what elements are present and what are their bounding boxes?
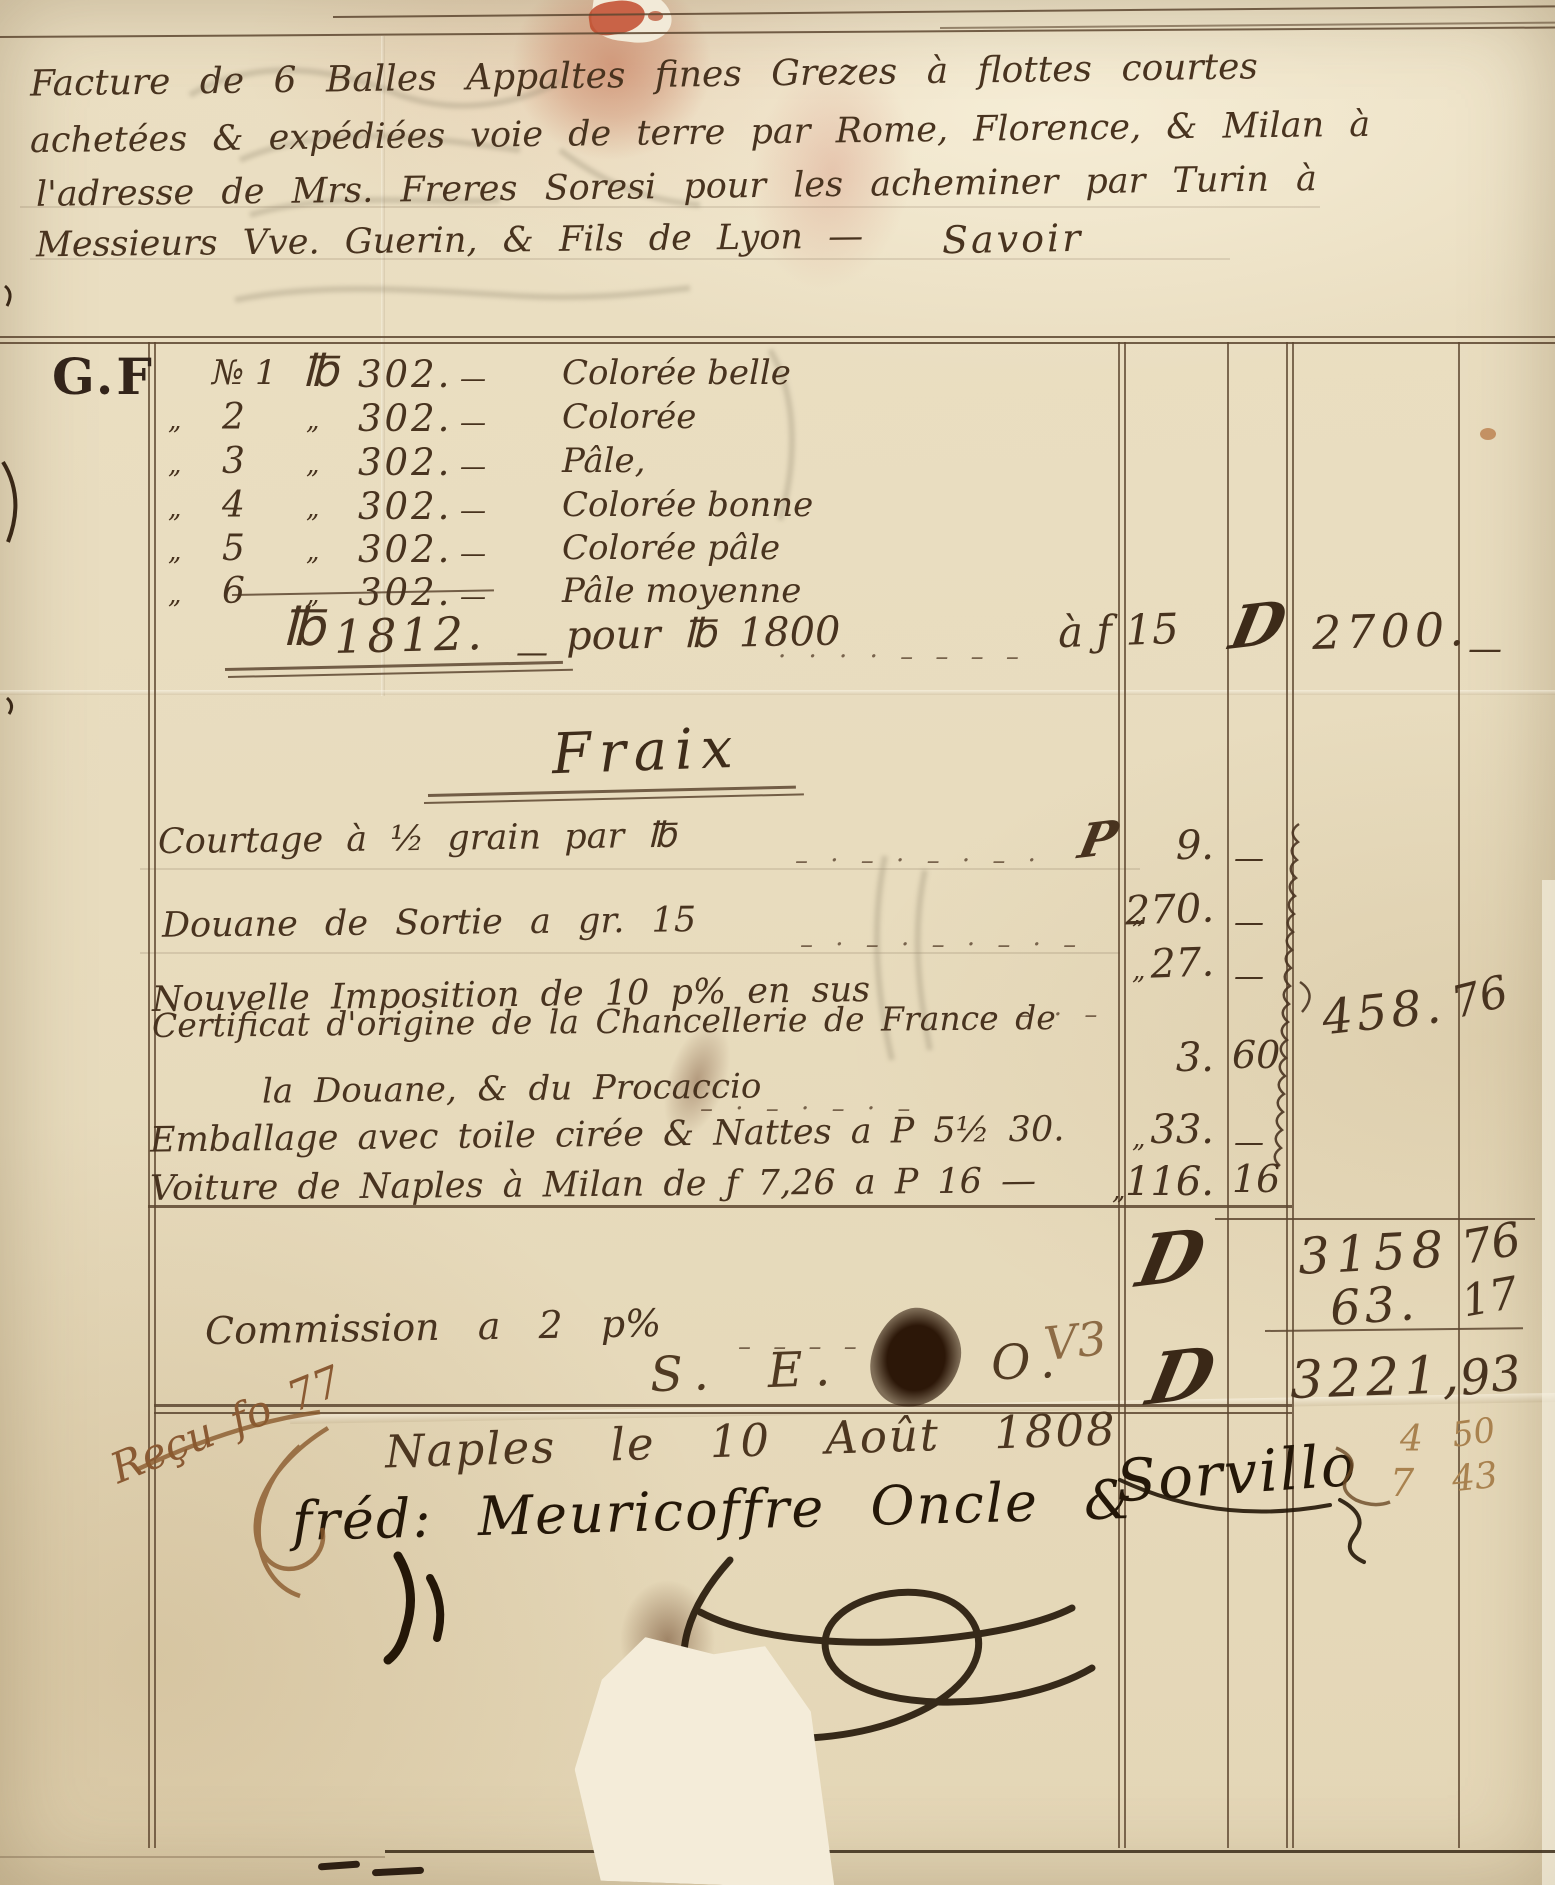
item-description: Colorée pâle (562, 531, 780, 565)
signature-surname: Sorvillo (1114, 1436, 1359, 1511)
bottom-edge-rule-faint (0, 1856, 385, 1858)
header-line-1: Facture de 6 Balles Appaltes fines Greze… (30, 49, 1258, 102)
expense-amount: 270. (1121, 888, 1214, 931)
expense-description: Voiture de Naples à Milan de ƒ 7,26 a P … (150, 1164, 1036, 1207)
item-number: № 1 (212, 356, 277, 390)
expense-leader: – · – · – · – · – (800, 932, 1083, 958)
currency-symbol: P (1075, 814, 1122, 866)
item-unit: ℔ (302, 350, 338, 394)
fraix-section-title: Fraix (551, 721, 741, 784)
item-ditto: „ (168, 408, 181, 434)
bottom-ink-dashes (372, 1867, 424, 1877)
grand-total-cents: 93 (1458, 1349, 1524, 1403)
expenses-subtotal-amount: 458. (1320, 982, 1447, 1043)
expense-cents: — (1234, 844, 1264, 874)
item-unit: „ (306, 408, 319, 434)
expense-description: Douane de Sortie a gr. 15 (162, 903, 696, 944)
item-weight: 302. (358, 488, 452, 525)
item-ditto: „ (168, 539, 181, 565)
cents-col-rule (1227, 342, 1229, 1848)
commission-cents: 17 (1459, 1271, 1522, 1324)
margin-rule-a (148, 342, 150, 1848)
total-cents-col-rule (1458, 342, 1460, 1848)
header-line-4: Messieurs Vve. Guerin, & Fils de Lyon — (36, 220, 863, 264)
item-description: Colorée belle (562, 356, 791, 390)
expense-description-2: la Douane, & du Procaccio (262, 1069, 762, 1108)
item-row: „ 4 „ 302. — Colorée bonne (160, 488, 1060, 532)
item-weight: 302. (358, 400, 452, 437)
expense-amount: 116. (1122, 1162, 1214, 1202)
item-ditto: „ (168, 496, 181, 522)
horizontal-fold-crease (0, 690, 1555, 695)
item-row: № 1 ℔ 302. — Colorée belle (160, 356, 1060, 400)
expense-cents: — (1234, 1128, 1264, 1158)
expenses-subtotal-cents: 76 (1448, 970, 1513, 1026)
bottom-paper-tear (571, 1635, 879, 1885)
item-number: 3 (222, 444, 245, 480)
expense-cents: 60 (1232, 1036, 1280, 1074)
expense-amount: 9. (1122, 826, 1214, 866)
subtotal-amount: 3158 (1297, 1224, 1451, 1282)
top-rule-a (333, 5, 1555, 18)
grand-total-rule-b (154, 1412, 1292, 1414)
item-weight: 302. (358, 531, 452, 568)
item-description: Pâle moyenne (562, 574, 801, 608)
bottom-ink-dashes (318, 1861, 360, 1871)
item-number: 5 (222, 531, 245, 567)
expense-amount: 3. (1122, 1038, 1214, 1078)
total-col-rule-b (1292, 342, 1294, 1848)
paper-edge-light (1542, 880, 1555, 1885)
header-savoir-label: Savoir (942, 219, 1084, 259)
pencil-note-amount: 7 (1390, 1464, 1414, 1502)
dateline: Naples le 10 Août 1808 (384, 1407, 1117, 1475)
table-header-rule-b (0, 342, 1555, 344)
expense-description: Emballage avec toile cirée & Nattes a P … (150, 1112, 1065, 1158)
items-total-end-dash: — (1468, 632, 1502, 666)
item-unit: „ (306, 496, 319, 522)
commission-amount: 63. (1328, 1279, 1419, 1333)
pencil-note-amount: 4 (1400, 1422, 1423, 1458)
items-total-unit: ℔ (282, 602, 325, 654)
table-header-rule-a (0, 336, 1555, 338)
commission-label: Commission a 2 p% (205, 1304, 662, 1350)
check-mark-note: V3 (1042, 1315, 1109, 1367)
total-col-rule-a (1286, 342, 1288, 1848)
item-weight-dash: — (460, 498, 486, 524)
rust-freckle (1480, 428, 1496, 440)
item-weight-dash: — (460, 410, 486, 436)
pencil-note-cents: 43 (1450, 1458, 1499, 1499)
item-unit: „ (306, 539, 319, 565)
items-total-dash: — (516, 636, 548, 668)
item-row: „ 2 „ 302. — Colorée (160, 400, 1060, 444)
merchandise-mark: G.F (52, 352, 155, 402)
item-number: 6 (222, 574, 245, 610)
expense-cents: — (1234, 962, 1264, 992)
margin-rule-b (154, 342, 156, 1848)
page-edge-marks (3, 286, 15, 714)
item-weight-dash: — (460, 541, 486, 567)
top-rule-b (0, 27, 1555, 38)
item-number: 2 (222, 400, 245, 436)
ink-comma-strokes (388, 1556, 440, 1660)
brown-smudge-signature (620, 1580, 715, 1700)
item-ditto: „ (168, 582, 181, 608)
items-total-rate: à ƒ 15 (1057, 608, 1179, 654)
currency-symbol: D (1225, 593, 1291, 659)
subtotal-cents: 76 (1458, 1215, 1524, 1270)
amount-col-rule-b (1124, 342, 1126, 1848)
items-total-weight: 1812. (333, 610, 486, 660)
item-description: Colorée (562, 400, 696, 434)
expense-amount: 33. (1122, 1110, 1214, 1150)
received-annotation: Reçu fo 77 (105, 1360, 347, 1490)
item-ditto: „ (168, 452, 181, 478)
item-row: „ 5 „ 302. — Colorée pâle (160, 531, 1060, 575)
items-total-leader: · · · · – – – – (778, 644, 1026, 670)
expense-description: Certificat d'origine de la Chancellerie … (152, 1001, 1056, 1042)
item-weight-dash: — (460, 366, 486, 392)
amount-col-rule-a (1118, 342, 1120, 1848)
signature: fréd: Meuricoffre Oncle & (291, 1473, 1134, 1549)
item-number: 4 (222, 488, 245, 524)
pencil-note-cents: 50 (1450, 1413, 1498, 1453)
item-weight: 302. (358, 574, 452, 611)
expense-leader: – · – · – · – · (795, 848, 1043, 874)
header-line-2: achetées & expédiées voie de terre par R… (30, 108, 1370, 159)
item-description: Colorée bonne (562, 488, 813, 522)
invoice-document: Facture de 6 Balles Appaltes fines Greze… (0, 0, 1555, 1885)
paper-tear-notch (589, 0, 675, 47)
grand-total-amount: 3221, (1289, 1349, 1465, 1407)
expense-cents: — (1234, 908, 1264, 938)
expense-description: Courtage à ½ grain par ℔ (158, 819, 676, 860)
items-total-value: 2700. (1311, 606, 1469, 656)
item-unit: „ (306, 452, 319, 478)
item-row: „ 3 „ 302. — Pâle, (160, 444, 1060, 488)
expense-cents: 16 (1232, 1160, 1280, 1198)
item-weight-dash: — (460, 454, 486, 480)
item-weight: 302. (358, 444, 452, 481)
item-weight: 302. (358, 356, 452, 393)
item-description: Pâle, (562, 444, 645, 478)
errors-excepted-note: S. E. & O. (649, 1337, 1067, 1400)
currency-symbol: D (1132, 1218, 1211, 1297)
bottom-edge-rule (385, 1850, 1555, 1853)
expense-amount: 27. (1121, 942, 1214, 985)
